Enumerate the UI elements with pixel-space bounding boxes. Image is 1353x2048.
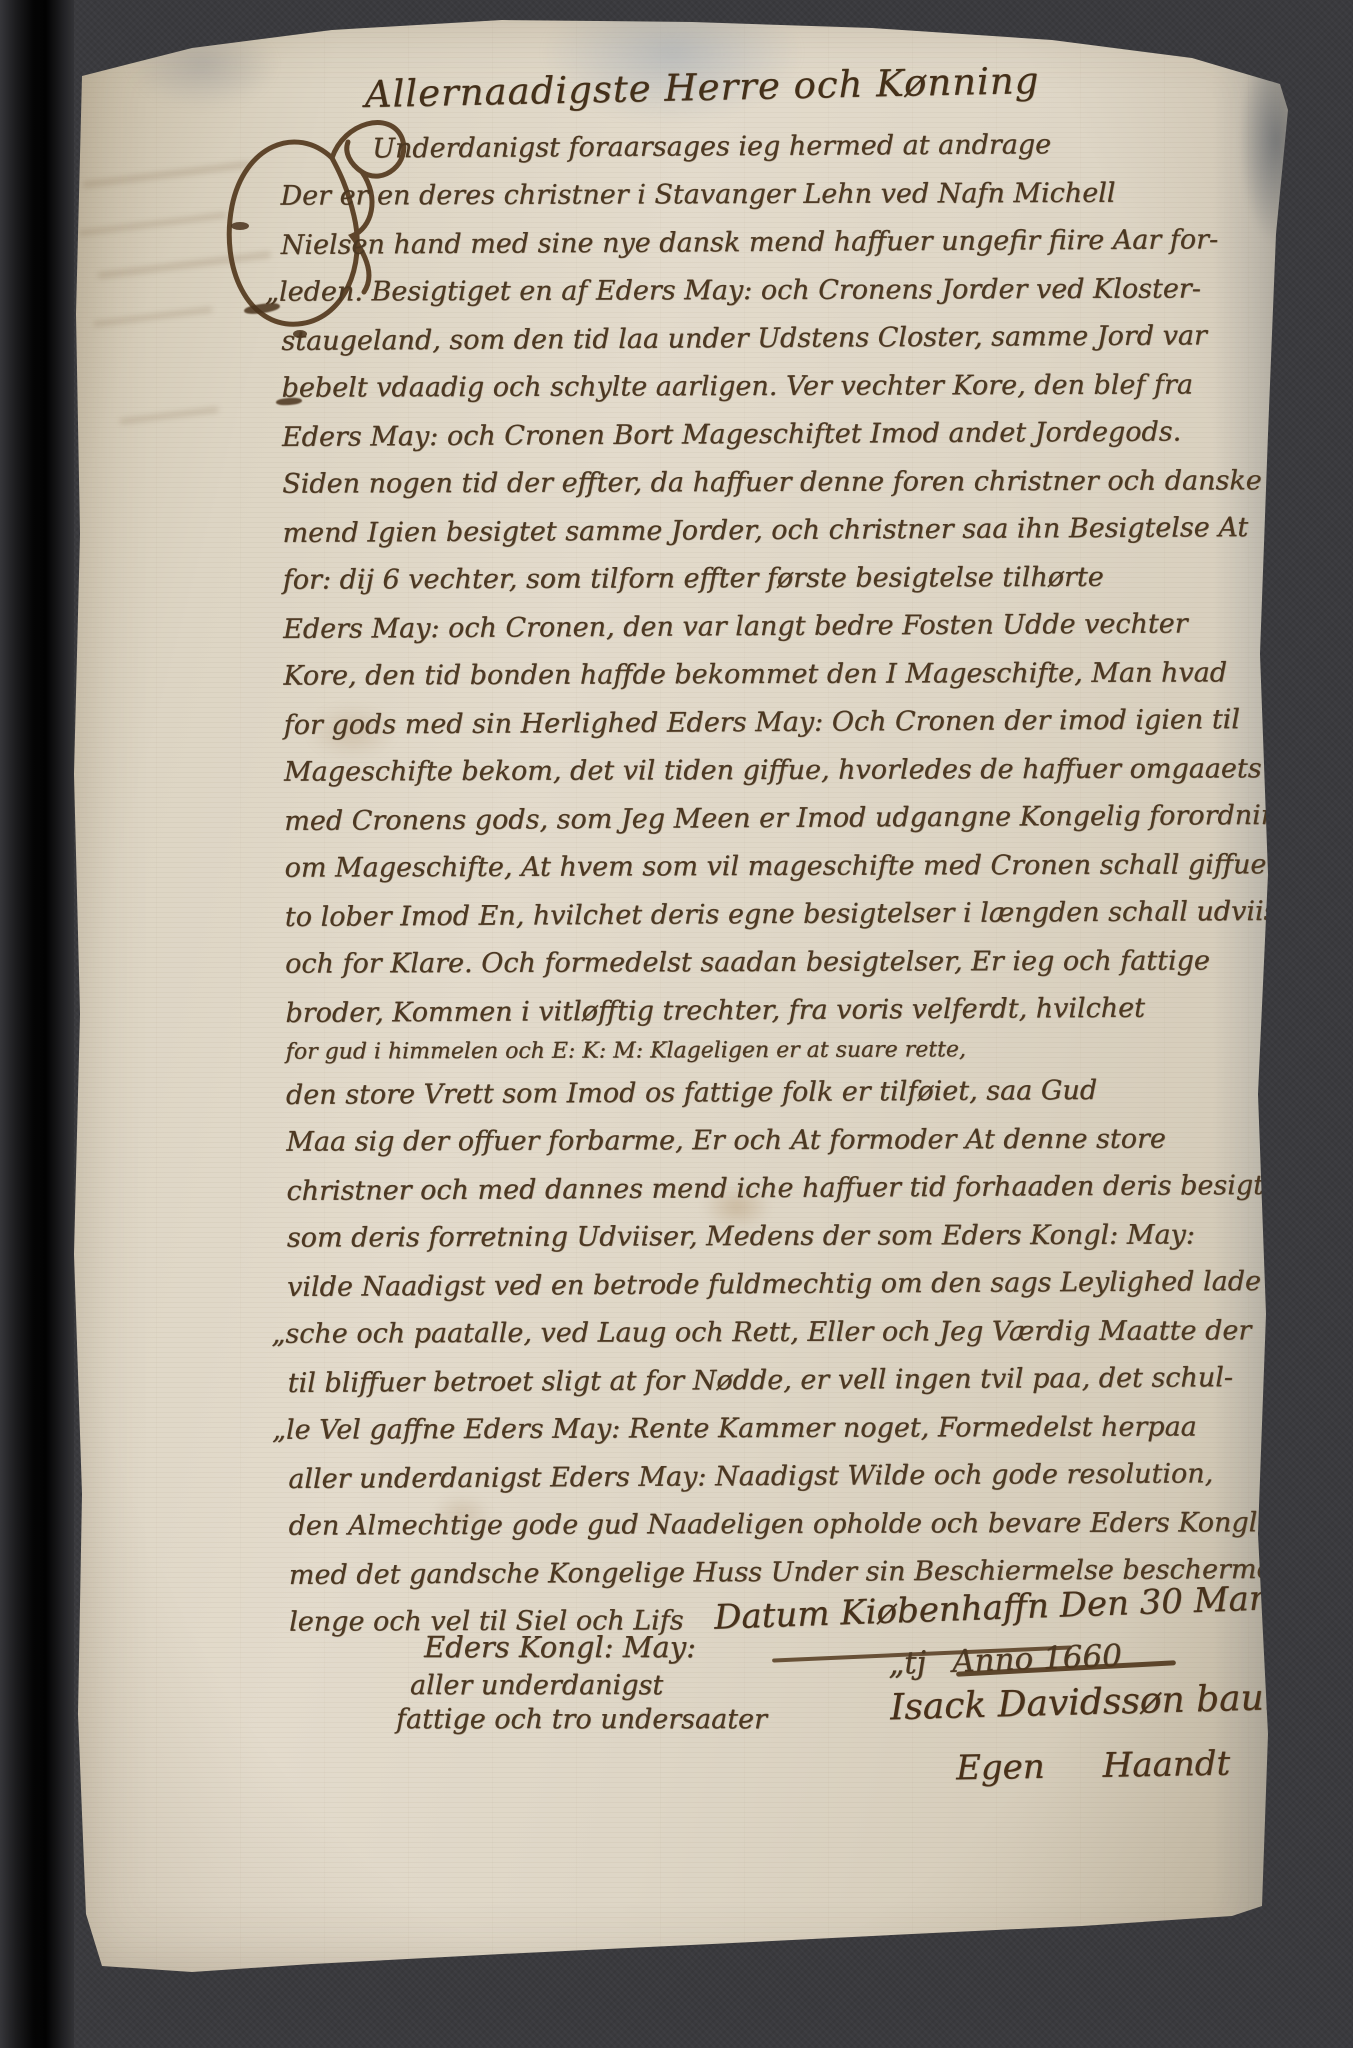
word-continuation-mark: „tj: [887, 1645, 926, 1682]
manuscript-line: mend Igien besigtet samme Jorder, och ch…: [282, 504, 1286, 558]
manuscript-line: Siden nogen tid der effter, da haffuer d…: [282, 457, 1286, 509]
closing-line-2: aller underdanigst: [410, 1670, 663, 1701]
manuscript-line: for: dij 6 vechter, som tilforn effter f…: [283, 553, 1287, 605]
manuscript-line: for gods med sin Herlighed Eders May: Oc…: [284, 696, 1288, 750]
manuscript-line: med Cronens gods, som Jeg Meen er Imod u…: [284, 792, 1288, 846]
manuscript-line: til bliffuer betroet sligt at for Nødde,…: [288, 1354, 1292, 1408]
manuscript-line: Mageschifte bekom, det vil tiden giffue,…: [284, 745, 1288, 797]
page-heading: Allernaadigste Herre och Kønning: [322, 58, 1083, 117]
manuscript-line: Nielsen hand med sine nye dansk mend haf…: [281, 216, 1285, 270]
stain-top-left: [127, 19, 277, 109]
manuscript-line: christner och med dannes mend iche haffu…: [286, 1162, 1290, 1216]
manuscript-line: „le Vel gaffne Eders May: Rente Kammer n…: [272, 1403, 1292, 1455]
signature-hand-word-2: Haandt: [1102, 1744, 1230, 1786]
signature-hand: EgenHaandt: [956, 1744, 1231, 1789]
manuscript-line: bebelt vdaadig och schylte aarligen. Ver…: [282, 361, 1286, 413]
manuscript-line: och for Klare. Och formedelst saadan bes…: [285, 937, 1289, 989]
manuscript-body: Underdanigst foraarsages ieg hermed at a…: [280, 120, 1293, 1648]
manuscript-line: „leden. Besigtiget en af Eders May: och …: [265, 265, 1285, 317]
manuscript-line: Kore, den tid bonden haffde bekommet den…: [283, 649, 1287, 701]
manuscript-line: Eders May: och Cronen, den var langt bed…: [283, 600, 1287, 654]
manuscript-line: staugeland, som den tid laa under Udsten…: [281, 312, 1285, 366]
manuscript-line: to lober Imod En, hvilchet deris egne be…: [285, 888, 1289, 942]
manuscript-line: Eders May: och Cronen Bort Mageschiftet …: [282, 408, 1286, 462]
manuscript-line: broder, Kommen i vitløfftig trechter, fr…: [285, 984, 1289, 1038]
anno-line: „tjAnno 1660: [887, 1638, 1122, 1682]
closing-line-3: fattige och tro undersaater: [396, 1704, 767, 1735]
manuscript-line: som deris forretning Udviiser, Medens de…: [287, 1211, 1291, 1263]
signature-hand-word-1: Egen: [956, 1747, 1045, 1789]
manuscript-line: Der er en deres christner i Stavanger Le…: [280, 169, 1284, 221]
manuscript-line-inserted: for gud i himmelen och E: K: M: Klagelig…: [286, 1033, 1290, 1071]
manuscript-line: aller underdanigst Eders May: Naadigst W…: [288, 1450, 1292, 1504]
scan-background: Allernaadigste Herre och Kønning Underda…: [0, 0, 1353, 2048]
closing-line-1: Eders Kongl: May:: [424, 1630, 696, 1664]
manuscript-line: Maa sig der offuer forbarme, Er och At f…: [286, 1115, 1290, 1167]
manuscript-line: vilde Naadigst ved en betrode fuldmechti…: [287, 1258, 1291, 1312]
book-spine-shadow: [0, 0, 74, 2048]
manuscript-line: om Mageschifte, At hvem som vil mageschi…: [284, 841, 1288, 893]
signature-name: Isack Davidssøn baum: [890, 1677, 1299, 1729]
salutation-line: Underdanigst foraarsages ieg hermed at a…: [280, 120, 1284, 174]
manuscript-line: „sche och paatalle, ved Laug och Rett, E…: [271, 1307, 1291, 1359]
manuscript-page: Allernaadigste Herre och Kønning Underda…: [72, 14, 1290, 1978]
manuscript-line: den store Vrett som Imod os fattige folk…: [286, 1066, 1290, 1120]
manuscript-line: den Almechtige gode gud Naadeligen ophol…: [288, 1499, 1292, 1551]
